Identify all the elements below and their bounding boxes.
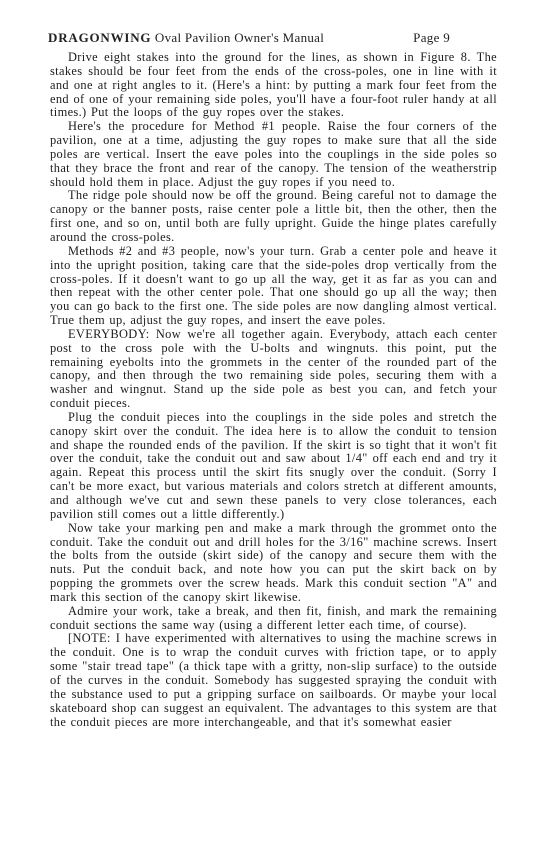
paragraph-admire: Admire your work, take a break, and then… xyxy=(50,605,497,633)
paragraph-conduit-plug: Plug the conduit pieces into the couplin… xyxy=(50,411,497,522)
manual-title: Oval Pavilion Owner's Manual xyxy=(155,30,324,45)
manual-brand: DRAGONWING xyxy=(48,30,151,45)
paragraph-stakes: Drive eight stakes into the ground for t… xyxy=(50,51,497,120)
manual-body: Drive eight stakes into the ground for t… xyxy=(50,51,497,729)
paragraph-note: [NOTE: I have experimented with alternat… xyxy=(50,632,497,729)
paragraph-ridge-pole: The ridge pole should now be off the gro… xyxy=(50,189,497,244)
paragraph-marking: Now take your marking pen and make a mar… xyxy=(50,522,497,605)
page-number: Page 9 xyxy=(413,30,450,46)
paragraph-method-1: Here's the procedure for Method #1 peopl… xyxy=(50,120,497,189)
paragraph-methods-2-3: Methods #2 and #3 people, now's your tur… xyxy=(50,245,497,328)
paragraph-everybody: EVERYBODY: Now we're all together again.… xyxy=(50,328,497,411)
running-header: DRAGONWING Oval Pavilion Owner's Manual … xyxy=(48,30,450,46)
